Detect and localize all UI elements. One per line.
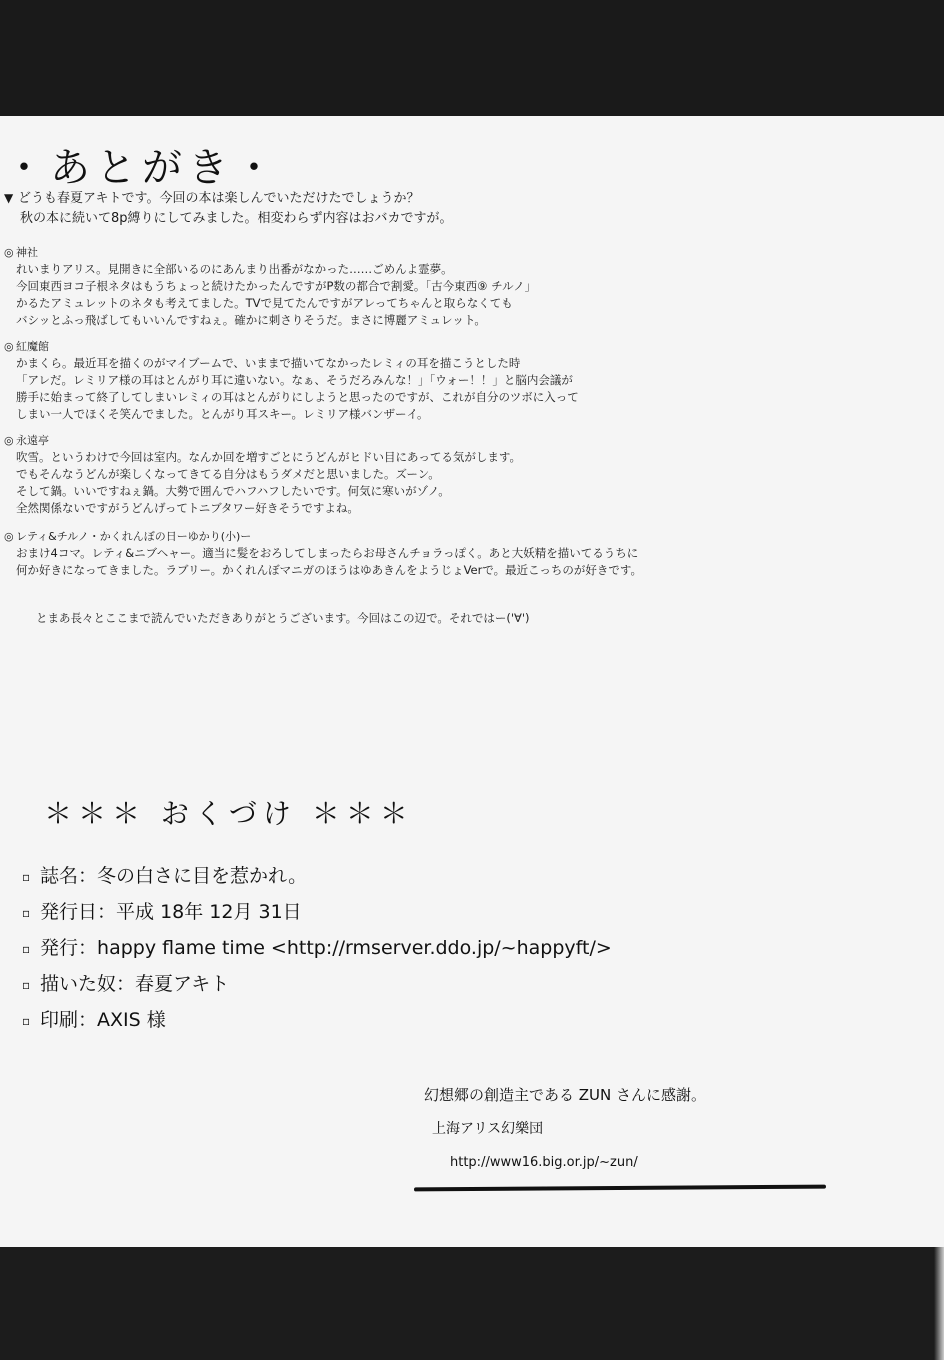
colophon-separator: ： [97, 901, 116, 923]
square-bullet-icon: ▫ [22, 1003, 40, 1039]
colophon-label: 誌名 [40, 865, 78, 887]
section-line: 吹雪。というわけで今回は室内。なんか回を増すごとにうどんがヒドい目にあってる気が… [16, 449, 521, 466]
section-line: れいまりアリス。見開きに全部いるのにあんまり出番がなかった……ごめんよ霊夢。 [16, 261, 536, 278]
section-line: 何か好きになってきました。ラブリー。かくれんぼマニガのほうはゆあきんをようじょV… [16, 562, 642, 579]
group-url: http://www16.big.or.jp/~zun/ [424, 1146, 834, 1180]
colophon-row-printer: ▫印刷：AXIS 様 [22, 1002, 612, 1038]
colophon-separator: ： [78, 1009, 97, 1031]
intro-line: どうも春夏アキトです。今回の本は楽しんでいただけたでしょうか？ [18, 191, 419, 206]
section-line: そして鍋。いいですねぇ鍋。大勢で囲んでハフハフしたいです。何気に寒いがゾノ。 [16, 483, 521, 500]
colophon-label: 描いた奴 [40, 973, 116, 995]
colophon-value: 春夏アキト [135, 973, 229, 995]
section-scarlet-mansion: ◎紅魔館 かまくら。最近耳を描くのがマイブームで、いままで描いてなかったレミィの… [4, 338, 579, 423]
underline-divider [414, 1185, 826, 1192]
square-bullet-icon: ▫ [22, 859, 40, 895]
group-name: 上海アリス幻樂団 [424, 1112, 834, 1146]
colophon-label: 発行日 [40, 901, 97, 923]
square-bullet-icon: ▫ [22, 967, 40, 1003]
colophon-value: AXIS 様 [97, 1009, 166, 1031]
circle-bullet-icon: ◎ [4, 528, 16, 545]
intro-paragraph: ▼どうも春夏アキトです。今回の本は楽しんでいただけたでしょうか？ 秋の本に続いて… [4, 188, 453, 229]
colophon-row-title: ▫誌名：冬の白さに目を惹かれ。 [22, 858, 612, 894]
section-letty-cirno: ◎レティ&チルノ・かくれんぼの日ーゆかり(小)ー おまけ4コマ。レティ&ニブヘャ… [4, 528, 642, 579]
circle-bullet-icon: ◎ [4, 432, 16, 449]
section-line: でもそんなうどんが楽しくなってきてる自分はもうダメだと思いました。ズーン。 [16, 466, 521, 483]
colophon-label: 印刷 [40, 1009, 78, 1031]
section-line: 勝手に始まって終了してしまいレミィの耳はとんがりにしようと思ったのですが、これが… [16, 389, 579, 406]
section-line: かるたアミュレットのネタも考えてました。TVで見てたんですがアレってちゃんと取ら… [16, 295, 536, 312]
closing-message: とまあ長々とここまで読んでいただきありがとうございます。今回はこの辺で。それでは… [36, 610, 530, 626]
section-line: 「アレだ。レミリア様の耳はとんがり耳に違いない。なぁ、そうだろみんな！」「ウォー… [16, 372, 579, 389]
circle-bullet-icon: ◎ [4, 338, 16, 355]
colophon-row-publisher: ▫発行：happy flame time <http://rmserver.dd… [22, 930, 612, 966]
square-bullet-icon: ▫ [22, 895, 40, 931]
bottom-black-border [0, 1247, 944, 1360]
colophon-separator: ： [78, 865, 97, 887]
colophon-list: ▫誌名：冬の白さに目を惹かれ。 ▫発行日：平成 18年 12月 31日 ▫発行：… [22, 858, 612, 1038]
section-line: 全然関係ないですがうどんげってトニブタワー好きそうですよね。 [16, 500, 521, 517]
section-shrine: ◎神社 れいまりアリス。見開きに全部いるのにあんまり出番がなかった……ごめんよ霊… [4, 244, 536, 329]
section-line: しまい一人でほくそ笑んでました。とんがり耳スキー。レミリア様バンザーイ。 [16, 406, 579, 423]
page-edge-scan-artifact [934, 1247, 944, 1360]
section-heading: レティ&チルノ・かくれんぼの日ーゆかり(小)ー [16, 530, 251, 543]
afterword-page: ・あとがき・ ▼どうも春夏アキトです。今回の本は楽しんでいただけたでしょうか？ … [0, 116, 944, 1247]
afterword-title: ・あとがき・ [4, 136, 280, 193]
section-line: かまくら。最近耳を描くのがマイブームで、いままで描いてなかったレミィの耳を描こう… [16, 355, 579, 372]
section-heading: 紅魔館 [16, 340, 49, 353]
triangle-marker-icon: ▼ [4, 188, 18, 208]
colophon-separator: ： [78, 937, 97, 959]
colophon-value: happy flame time <http://rmserver.ddo.jp… [97, 937, 612, 959]
section-heading: 神社 [16, 246, 38, 259]
section-heading: 永遠亭 [16, 434, 49, 447]
colophon-separator: ： [116, 973, 135, 995]
colophon-value: 冬の白さに目を惹かれ。 [97, 865, 307, 887]
colophon-value: 平成 18年 12月 31日 [116, 901, 302, 923]
intro-line: 秋の本に続いて8p縛りにしてみました。相変わらず内容はおバカですが。 [4, 209, 453, 229]
top-black-border [0, 0, 944, 116]
section-line: 今回東西ヨコ子根ネタはもうちょっと続けたかったんですがP数の都合で割愛。「古今東… [16, 278, 536, 295]
colophon-row-artist: ▫描いた奴：春夏アキト [22, 966, 612, 1002]
section-line: おまけ4コマ。レティ&ニブヘャー。適当に髪をおろしてしまったらお母さんチョラっぽ… [16, 545, 642, 562]
section-eientei: ◎永遠亭 吹雪。というわけで今回は室内。なんか回を増すごとにうどんがヒドい目にあ… [4, 432, 521, 517]
thanks-line: 幻想郷の創造主である ZUN さんに感謝。 [424, 1078, 834, 1112]
credits-block: 幻想郷の創造主である ZUN さんに感謝。 上海アリス幻樂団 http://ww… [424, 1078, 834, 1180]
colophon-label: 発行 [40, 937, 78, 959]
square-bullet-icon: ▫ [22, 931, 40, 967]
colophon-title: ＊＊＊ おくづけ ＊＊＊ [44, 792, 414, 832]
section-line: バシッとふっ飛ばしてもいいんですねぇ。確かに刺さりそうだ。まさに博麗アミュレット… [16, 312, 536, 329]
colophon-row-date: ▫発行日：平成 18年 12月 31日 [22, 894, 612, 930]
circle-bullet-icon: ◎ [4, 244, 16, 261]
